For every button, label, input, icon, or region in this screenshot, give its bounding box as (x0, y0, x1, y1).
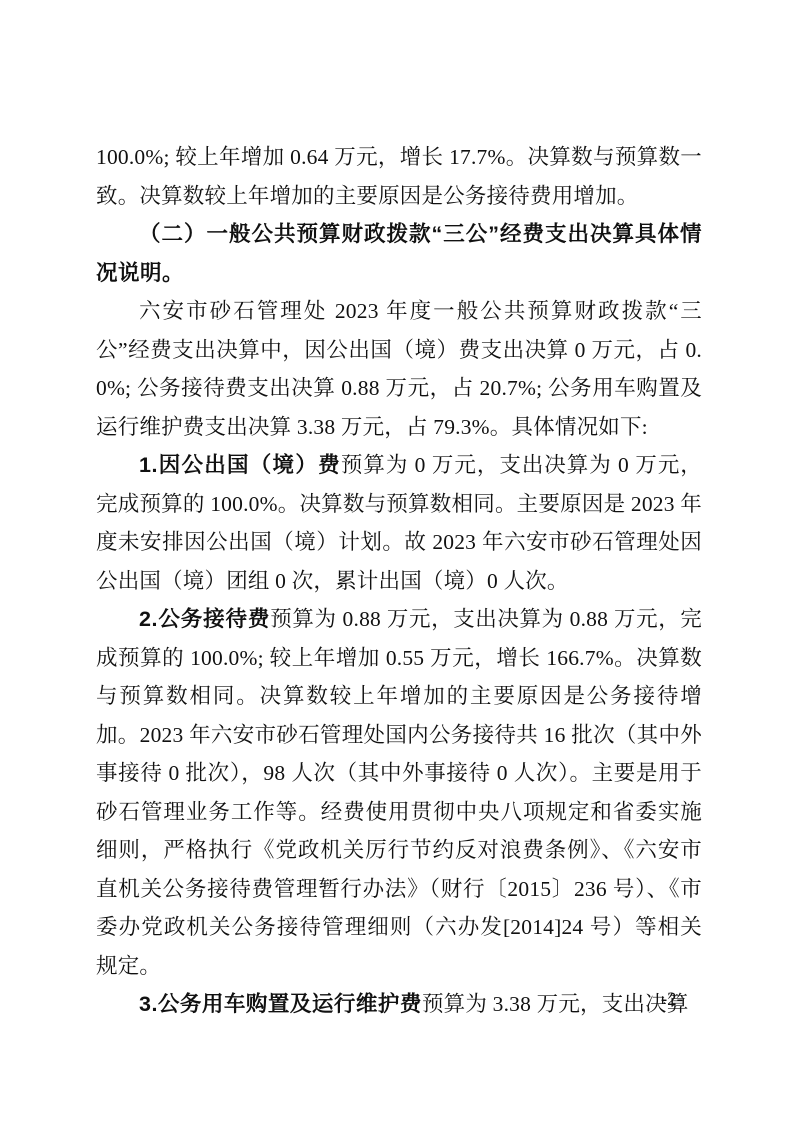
section-heading-2: （二）一般公共预算财政拨款“三公”经费支出决算具体情况说明。 (96, 215, 702, 292)
item-1-label: 1.因公出国（境）费 (139, 453, 341, 477)
paragraph-continuation: 100.0%; 较上年增加 0.64 万元，增长 17.7%。决算数与预算数一致… (96, 138, 702, 215)
page-number: -2- (661, 988, 683, 1012)
document-page: 100.0%; 较上年增加 0.64 万元，增长 17.7%。决算数与预算数一致… (0, 0, 793, 1122)
paragraph-overview: 六安市砂石管理处 2023 年度一般公共预算财政拨款“三公”经费支出决算中，因公… (96, 292, 702, 446)
item-3-text: 预算为 3.38 万元，支出决算 (422, 992, 689, 1016)
paragraph-item-2: 2.公务接待费预算为 0.88 万元，支出决算为 0.88 万元，完成预算的 1… (96, 600, 702, 985)
document-body-text: 100.0%; 较上年增加 0.64 万元，增长 17.7%。决算数与预算数一致… (96, 138, 702, 1024)
section-heading-2-text: （二）一般公共预算财政拨款“三公”经费支出决算具体情况说明。 (96, 222, 702, 285)
paragraph-item-3: 3.公务用车购置及运行维护费预算为 3.38 万元，支出决算 (96, 985, 702, 1024)
paragraph-item-1: 1.因公出国（境）费预算为 0 万元，支出决算为 0 万元，完成预算的 100.… (96, 446, 702, 600)
item-2-label: 2.公务接待费 (139, 607, 270, 631)
paragraph-continuation-text: 100.0%; 较上年增加 0.64 万元，增长 17.7%。决算数与预算数一致… (96, 145, 702, 208)
item-2-text: 预算为 0.88 万元，支出决算为 0.88 万元，完成预算的 100.0%; … (96, 607, 702, 978)
paragraph-overview-text: 六安市砂石管理处 2023 年度一般公共预算财政拨款“三公”经费支出决算中，因公… (96, 299, 702, 439)
item-3-label: 3.公务用车购置及运行维护费 (139, 992, 422, 1016)
